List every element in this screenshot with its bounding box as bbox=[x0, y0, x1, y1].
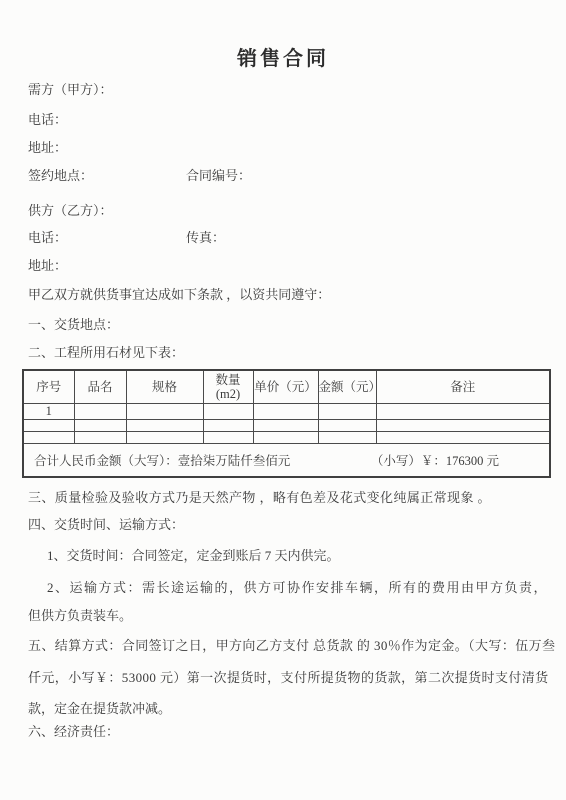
table-cell bbox=[376, 404, 550, 420]
header-remarks: 备注 bbox=[376, 370, 550, 404]
table-cell bbox=[376, 420, 550, 432]
table-cell bbox=[74, 420, 126, 432]
clause-5-line3: 款，定金在提货款冲减。 bbox=[28, 701, 171, 716]
table-cell bbox=[126, 404, 203, 420]
clause-2: 二、工程所用石材见下表： bbox=[28, 345, 184, 360]
clause-4-2-line1: 2、运输方式：需长途运输的，供方可协作安排车辆，所有的费用由甲方负责， bbox=[47, 580, 548, 595]
field-party-a: 需方（甲方）： bbox=[28, 82, 113, 97]
table-cell bbox=[74, 432, 126, 444]
clause-4-2-line2: 但供方负责装车。 bbox=[28, 608, 132, 623]
clause-5-line1: 五、结算方式：合同签订之日，甲方向乙方支付 总货款 的 30％作为定金。（大写：… bbox=[28, 638, 555, 653]
table-header-row: 序号 品名 规格 数量 (m2) 单价（元） 金额（元） 备注 bbox=[23, 370, 550, 404]
clause-5-line2: 仟元，小写￥：53000 元）第一次提货时，支付所提货物的货款，第二次提货时支付… bbox=[28, 670, 549, 685]
table-cell bbox=[318, 404, 376, 420]
table-cell bbox=[203, 420, 253, 432]
total-cell: 合计人民币金额（大写）：壹拾柒万陆仟叁佰元 （小写）￥：176300 元 bbox=[23, 444, 550, 478]
clause-4-1: 1、交货时间：合同签定，定金到账后 7 天内供完。 bbox=[47, 548, 340, 563]
table-cell bbox=[318, 432, 376, 444]
field-fax: 传真： bbox=[186, 230, 225, 245]
clause-3: 三、质量检验及验收方式乃是天然产物 ，略有色差及花式变化纯属正常现象 。 bbox=[28, 490, 491, 505]
contract-page: 销售合同 需方（甲方）： 电话： 地址： 签约地点： 合同编号： 供方（乙方）：… bbox=[0, 0, 566, 800]
table-cell bbox=[203, 404, 253, 420]
table-cell bbox=[253, 404, 318, 420]
table-cell: 1 bbox=[23, 404, 74, 420]
header-spec: 规格 bbox=[126, 370, 203, 404]
header-amount: 金额（元） bbox=[318, 370, 376, 404]
table-cell bbox=[126, 432, 203, 444]
clause-4: 四、交货时间、运输方式： bbox=[28, 517, 184, 532]
field-phone-b: 电话： bbox=[28, 230, 67, 245]
total-amount-figures: （小写）￥：176300 元 bbox=[371, 451, 499, 469]
page-title: 销售合同 bbox=[0, 42, 566, 71]
table-cell bbox=[253, 432, 318, 444]
header-serial-no: 序号 bbox=[23, 370, 74, 404]
table-cell bbox=[74, 404, 126, 420]
field-phone-a: 电话： bbox=[28, 112, 67, 127]
header-unit-price: 单价（元） bbox=[253, 370, 318, 404]
clause-1: 一、交货地点： bbox=[28, 317, 119, 332]
field-address-b: 地址： bbox=[28, 258, 67, 273]
field-sign-place: 签约地点： bbox=[28, 168, 93, 183]
header-product-name: 品名 bbox=[74, 370, 126, 404]
table-cell bbox=[318, 420, 376, 432]
header-quantity: 数量 (m2) bbox=[203, 370, 253, 404]
table-cell bbox=[376, 432, 550, 444]
materials-table: 序号 品名 规格 数量 (m2) 单价（元） 金额（元） 备注 1 bbox=[22, 369, 551, 478]
table-total-row: 合计人民币金额（大写）：壹拾柒万陆仟叁佰元 （小写）￥：176300 元 bbox=[23, 444, 550, 478]
table-row: 1 bbox=[23, 404, 550, 420]
field-party-b: 供方（乙方）： bbox=[28, 203, 113, 218]
table-cell bbox=[23, 420, 74, 432]
intro-line: 甲乙双方就供货事宜达成如下条款 ，以资共同遵守： bbox=[28, 287, 330, 302]
field-contract-no: 合同编号： bbox=[186, 168, 251, 183]
clause-6: 六、经济责任： bbox=[28, 724, 119, 739]
table-cell bbox=[203, 432, 253, 444]
table-cell bbox=[23, 432, 74, 444]
field-address-a: 地址： bbox=[28, 140, 67, 155]
table-cell bbox=[126, 420, 203, 432]
table-row bbox=[23, 432, 550, 444]
table-row bbox=[23, 420, 550, 432]
total-amount-words: 合计人民币金额（大写）：壹拾柒万陆仟叁佰元 bbox=[34, 451, 290, 469]
table-cell bbox=[253, 420, 318, 432]
